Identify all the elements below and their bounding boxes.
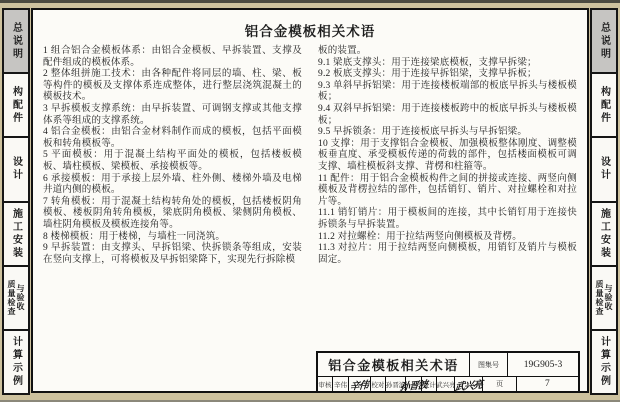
sidebar-tab-label: 与验收 [604, 284, 613, 311]
sidebar-tab-components[interactable]: 构配件 [2, 72, 30, 138]
sidebar-tab-general-notes[interactable]: 总说明 [590, 8, 618, 74]
term-paragraph: 2 整体组拼施工技术：由各种配件将同层的墙、柱、梁、板等构件的模板及支撑体系连成… [43, 69, 302, 104]
designer-name: 武兴亮 [437, 377, 455, 391]
sidebar-tab-label: 构配件 [11, 86, 22, 125]
sidebar-tab-components[interactable]: 构配件 [590, 72, 618, 138]
page-no-value: 7 [517, 377, 578, 391]
term-paragraph: 9.4 双斜早拆铝梁：用于连接楼板跨中的板底早拆头与楼板模板； [318, 104, 577, 127]
term-paragraph: 11 配件：用于铝合金模板构件之间的拼接或连接、两竖向侧模板及背楞拉结的部件，包… [318, 174, 577, 209]
sidebar-tab-calculation-examples[interactable]: 计算示例 [590, 329, 618, 395]
text-column-left: 1 组合铝合金模板体系：由铝合金模板、早拆装置、支撑及配件组成的模板体系。2 整… [43, 46, 302, 266]
page-title: 铝合金模板相关术语 [33, 20, 587, 40]
sidebar-tab-label: 构配件 [599, 86, 610, 125]
term-paragraph: 9.5 早拆锁条：用于连接板底早拆头与早拆铝梁。 [318, 127, 577, 139]
sidebar-tab-quality-inspection-acceptance[interactable]: 质量检查与验收 [590, 265, 618, 331]
sidebar-tab-label: 设计 [11, 156, 22, 182]
sidebar-tab-label: 设计 [599, 156, 610, 182]
atlas-page-frame: 总说明构配件设计施工安装质量检查与验收计算示例 铝合金模板相关术语 1 组合铝合… [2, 8, 618, 393]
term-paragraph: 6 承接模板：用于承接上层外墙、柱外侧、楼梯外墙及电梯井道内侧的模板。 [43, 174, 302, 197]
term-paragraph: 9.1 梁底支撑头：用于连接梁底模板，支撑早拆梁； [318, 58, 577, 70]
sidebar-tab-label: 与验收 [16, 284, 25, 311]
title-block: 铝合金模板相关术语 图集号 19G905-3 审核 辛伟 辛伟 校对 孙晋波 孙… [316, 351, 580, 393]
sidebar-tab-construction-installation[interactable]: 施工安装 [590, 201, 618, 267]
term-paragraph: 9.2 板底支撑头：用于连接早拆铝梁，支撑早拆板； [318, 69, 577, 81]
term-paragraph: 10 支撑：用于支撑铝合金模板、加强模板整体刚度、调整模板垂直度、承受模板传递的… [318, 139, 577, 174]
term-paragraph: 9 早拆装置：由支撑头、早拆铝梁、快拆锁条等组成，安装在竖向支撑上，可将模板及早… [43, 243, 302, 266]
sidebar-tab-construction-installation[interactable]: 施工安装 [2, 201, 30, 267]
atlas-no-value: 19G905-3 [508, 353, 578, 376]
sidebar-tab-calculation-examples[interactable]: 计算示例 [2, 329, 30, 395]
term-paragraph: 1 组合铝合金模板体系：由铝合金模板、早拆装置、支撑及配件组成的模板体系。 [43, 46, 302, 69]
sidebar-right: 总说明构配件设计施工安装质量检查与验收计算示例 [590, 8, 618, 393]
proof-label: 校对 [371, 377, 386, 391]
sidebar-tab-general-notes[interactable]: 总说明 [2, 8, 30, 74]
sidebar-left: 总说明构配件设计施工安装质量检查与验收计算示例 [2, 8, 30, 393]
term-paragraph: 板的装置。 [318, 46, 577, 58]
proofreader-signature: 孙晋波 [406, 377, 422, 391]
sidebar-tab-label: 质量检查 [595, 280, 604, 316]
term-paragraph: 3 早拆模板支撑系统：由早拆装置、可调钢支撑或其他支撑体系等组成的支撑系统。 [43, 104, 302, 127]
title-block-title: 铝合金模板相关术语 [318, 353, 470, 376]
term-paragraph: 7 转角模板：用于混凝土结构转角处的模板，包括楼板阴角模板、楼板阴角转角模板，梁… [43, 197, 302, 232]
term-paragraph: 9.3 单斜早拆铝梁：用于连接楼板端部的板底早拆头与楼板模板； [318, 81, 577, 104]
sidebar-tab-quality-inspection-acceptance[interactable]: 质量检查与验收 [2, 265, 30, 331]
term-paragraph: 8 楼梯模板：用于楼梯，与墙柱一同浇筑。 [43, 232, 302, 244]
sidebar-tab-label: 总说明 [11, 22, 22, 61]
sidebar-tab-design[interactable]: 设计 [2, 136, 30, 202]
atlas-no-label: 图集号 [470, 353, 508, 376]
sidebar-tab-label: 计算示例 [11, 336, 22, 388]
term-paragraph: 4 铝合金模板：由铝合金材料制作而成的模板，包括平面模板和转角模板等。 [43, 127, 302, 150]
term-paragraph: 11.1 销钉销片：用于模板间的连接，其中长销钉用于连接快拆锁条与早拆装置。 [318, 208, 577, 231]
sidebar-tab-design[interactable]: 设计 [590, 136, 618, 202]
term-paragraph: 11.2 对拉螺栓：用于拉结两竖向侧模板及背楞。 [318, 232, 577, 244]
sidebar-tab-label: 施工安装 [599, 208, 610, 260]
document-page: 铝合金模板相关术语 1 组合铝合金模板体系：由铝合金模板、早拆装置、支撑及配件组… [31, 8, 589, 393]
reviewer-signature: 辛伟 [349, 377, 371, 391]
page-no-label: 页 [483, 377, 516, 391]
sidebar-tab-label: 总说明 [599, 22, 610, 61]
term-paragraph: 5 平面模板：用于混凝土结构平面处的模板，包括楼板模板、墙柱模板、梁模板、承接模… [43, 150, 302, 173]
reviewer-name: 辛伟 [333, 377, 349, 391]
sidebar-tab-label: 施工安装 [11, 208, 22, 260]
text-column-right: 板的装置。9.1 梁底支撑头：用于连接梁底模板，支撑早拆梁；9.2 板底支撑头：… [318, 46, 577, 266]
review-label: 审核 [318, 377, 333, 391]
sidebar-tab-label: 计算示例 [599, 336, 610, 388]
scan-edge-top [0, 0, 620, 3]
designer-signature: 武兴亮 [455, 377, 483, 391]
terminology-columns: 1 组合铝合金模板体系：由铝合金模板、早拆装置、支撑及配件组成的模板体系。2 整… [33, 46, 587, 266]
term-paragraph: 11.3 对拉片：用于拉结两竖向侧模板，用销钉及销片与模板固定。 [318, 243, 577, 266]
sidebar-tab-label: 质量检查 [7, 280, 16, 316]
